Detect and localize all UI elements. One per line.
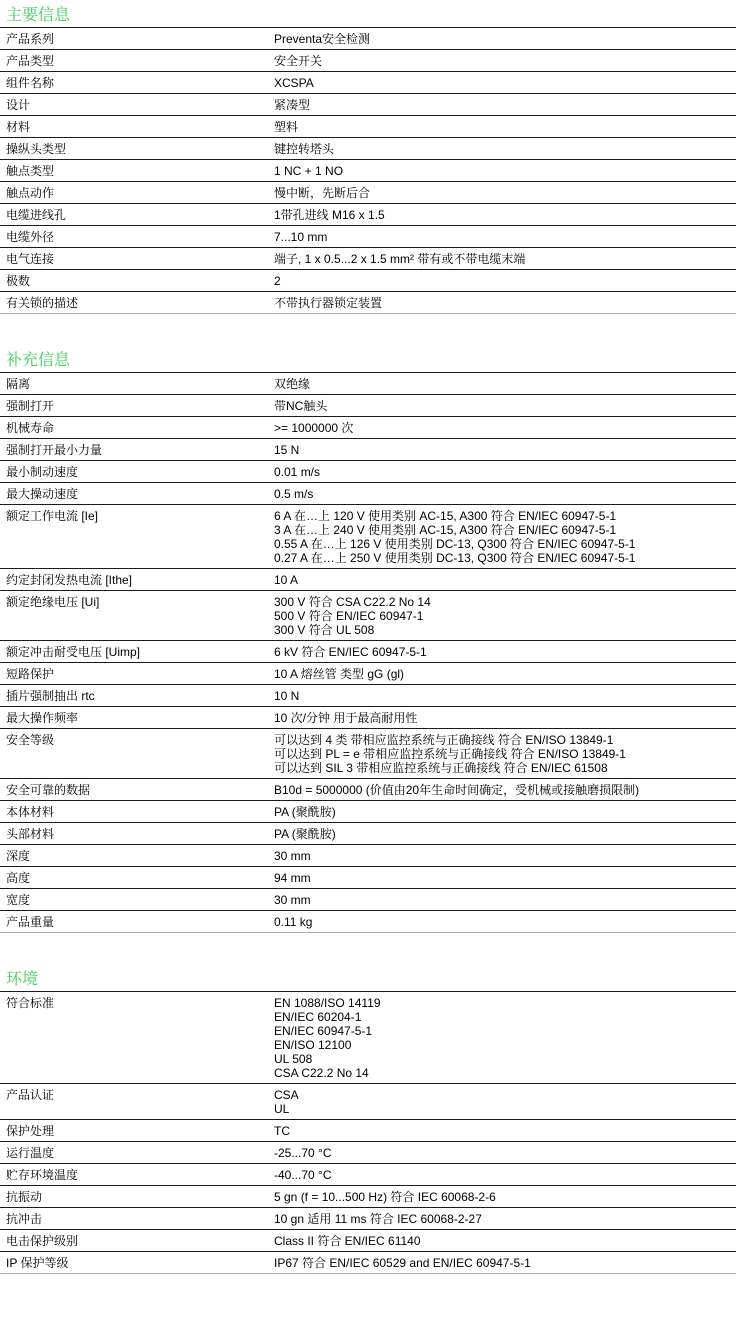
spec-value-line: 0.5 m/s <box>274 487 736 501</box>
spec-label: 短路保护 <box>0 663 268 685</box>
spec-label: 最小制动速度 <box>0 461 268 483</box>
spec-value-line: 10 A <box>274 573 736 587</box>
spec-value-line: -40...70 °C <box>274 1168 736 1182</box>
table-row: 抗冲击10 gn 适用 11 ms 符合 IEC 60068-2-27 <box>0 1208 736 1230</box>
spec-label: 电缆进线孔 <box>0 204 268 226</box>
table-row: 抗振动5 gn (f = 10...500 Hz) 符合 IEC 60068-2… <box>0 1186 736 1208</box>
table-row: 强制打开带NC触头 <box>0 395 736 417</box>
spec-label: 高度 <box>0 867 268 889</box>
spec-label: 有关锁的描述 <box>0 292 268 314</box>
spec-label: 最大操作频率 <box>0 707 268 729</box>
spec-value: 10 N <box>268 685 736 707</box>
table-row: IP 保护等级IP67 符合 EN/IEC 60529 and EN/IEC 6… <box>0 1252 736 1274</box>
section-2: 环境符合标准EN 1088/ISO 14119EN/IEC 60204-1EN/… <box>0 964 736 1274</box>
spec-value: EN 1088/ISO 14119EN/IEC 60204-1EN/IEC 60… <box>268 992 736 1084</box>
spec-value: 2 <box>268 270 736 292</box>
table-row: 高度94 mm <box>0 867 736 889</box>
spec-value-line: 6 kV 符合 EN/IEC 60947-5-1 <box>274 645 736 659</box>
spec-value-line: 300 V 符合 CSA C22.2 No 14 <box>274 595 736 609</box>
spec-value-line: 15 N <box>274 443 736 457</box>
spec-value-line: PA (聚酰胺) <box>274 827 736 841</box>
spec-value: >= 1000000 次 <box>268 417 736 439</box>
table-row: 产品重量0.11 kg <box>0 911 736 933</box>
spec-value-line: EN/ISO 12100 <box>274 1038 736 1052</box>
spec-label: 额定绝缘电压 [Ui] <box>0 591 268 641</box>
spec-label: 隔离 <box>0 373 268 395</box>
spec-value: 双绝缘 <box>268 373 736 395</box>
spec-value: 带NC触头 <box>268 395 736 417</box>
section-title: 环境 <box>0 964 736 992</box>
spec-value: 10 次/分钟 用于最高耐用性 <box>268 707 736 729</box>
spec-value-line: 0.27 A 在…上 250 V 使用类别 DC-13, Q300 符合 EN/… <box>274 551 736 565</box>
table-row: 触点类型1 NC + 1 NO <box>0 160 736 182</box>
table-row: 产品类型安全开关 <box>0 50 736 72</box>
spec-label: 贮存环境温度 <box>0 1164 268 1186</box>
spec-value: 6 kV 符合 EN/IEC 60947-5-1 <box>268 641 736 663</box>
spec-value: 30 mm <box>268 889 736 911</box>
spec-value: PA (聚酰胺) <box>268 801 736 823</box>
spec-label: 产品系列 <box>0 28 268 50</box>
table-row: 约定封闭发热电流 [Ithe]10 A <box>0 569 736 591</box>
spec-label: IP 保护等级 <box>0 1252 268 1274</box>
spec-table: 产品系列Preventa安全检测产品类型安全开关组件名称XCSPA设计紧凑型材料… <box>0 28 736 314</box>
spec-value-line: >= 1000000 次 <box>274 421 736 435</box>
table-row: 操纵头类型键控转塔头 <box>0 138 736 160</box>
spec-label: 电击保护级别 <box>0 1230 268 1252</box>
table-row: 触点动作慢中断，先断后合 <box>0 182 736 204</box>
spec-value-line: 6 A 在…上 120 V 使用类别 AC-15, A300 符合 EN/IEC… <box>274 509 736 523</box>
spec-value: 0.11 kg <box>268 911 736 933</box>
spec-value-line: 可以达到 SIL 3 带相应监控系统与正确接线 符合 EN/IEC 61508 <box>274 761 736 775</box>
table-row: 有关锁的描述不带执行器锁定装置 <box>0 292 736 314</box>
spec-value-line: 94 mm <box>274 871 736 885</box>
table-row: 额定工作电流 [Ie]6 A 在…上 120 V 使用类别 AC-15, A30… <box>0 505 736 569</box>
table-row: 本体材料PA (聚酰胺) <box>0 801 736 823</box>
spec-value: PA (聚酰胺) <box>268 823 736 845</box>
spec-value: 1带孔进线 M16 x 1.5 <box>268 204 736 226</box>
spec-value-line: 500 V 符合 EN/IEC 60947-1 <box>274 609 736 623</box>
spec-value-line: UL <box>274 1102 736 1116</box>
spec-value-line: 可以达到 PL = e 带相应监控系统与正确接线 符合 EN/ISO 13849… <box>274 747 736 761</box>
spec-value-line: 安全开关 <box>274 54 736 68</box>
table-row: 电击保护级别Class II 符合 EN/IEC 61140 <box>0 1230 736 1252</box>
spec-value-line: 0.11 kg <box>274 915 736 929</box>
table-row: 最大操动速度0.5 m/s <box>0 483 736 505</box>
spec-value: 不带执行器锁定装置 <box>268 292 736 314</box>
spec-value-line: Preventa安全检测 <box>274 32 736 46</box>
spec-label: 最大操动速度 <box>0 483 268 505</box>
spec-value: 7...10 mm <box>268 226 736 248</box>
spec-value-line: 不带执行器锁定装置 <box>274 296 736 310</box>
spec-value-line: UL 508 <box>274 1052 736 1066</box>
spec-value: 10 A <box>268 569 736 591</box>
spec-value-line: EN 1088/ISO 14119 <box>274 996 736 1010</box>
table-row: 运行温度-25...70 °C <box>0 1142 736 1164</box>
spec-value-line: 键控转塔头 <box>274 142 736 156</box>
spec-value: -40...70 °C <box>268 1164 736 1186</box>
spec-label: 电气连接 <box>0 248 268 270</box>
spec-label: 产品类型 <box>0 50 268 72</box>
table-row: 保护处理TC <box>0 1120 736 1142</box>
spec-value: 紧凑型 <box>268 94 736 116</box>
spec-label: 深度 <box>0 845 268 867</box>
spec-value-line: 3 A 在…上 240 V 使用类别 AC-15, A300 符合 EN/IEC… <box>274 523 736 537</box>
spec-value-line: TC <box>274 1124 736 1138</box>
table-row: 最大操作频率10 次/分钟 用于最高耐用性 <box>0 707 736 729</box>
spec-value: 键控转塔头 <box>268 138 736 160</box>
spec-value: 安全开关 <box>268 50 736 72</box>
spec-value-line: 5 gn (f = 10...500 Hz) 符合 IEC 60068-2-6 <box>274 1190 736 1204</box>
spec-value: XCSPA <box>268 72 736 94</box>
spec-value-line: 2 <box>274 274 736 288</box>
spec-value: 30 mm <box>268 845 736 867</box>
spec-value: CSAUL <box>268 1084 736 1120</box>
spec-label: 产品认证 <box>0 1084 268 1120</box>
spec-value: 1 NC + 1 NO <box>268 160 736 182</box>
spec-value: TC <box>268 1120 736 1142</box>
table-row: 电缆进线孔1带孔进线 M16 x 1.5 <box>0 204 736 226</box>
spec-value-line: 7...10 mm <box>274 230 736 244</box>
spec-value: Preventa安全检测 <box>268 28 736 50</box>
spec-value: 10 gn 适用 11 ms 符合 IEC 60068-2-27 <box>268 1208 736 1230</box>
spec-value: IP67 符合 EN/IEC 60529 and EN/IEC 60947-5-… <box>268 1252 736 1274</box>
spec-value: 15 N <box>268 439 736 461</box>
spec-label: 安全可靠的数据 <box>0 779 268 801</box>
spec-label: 额定工作电流 [Ie] <box>0 505 268 569</box>
spec-value-line: 带NC触头 <box>274 399 736 413</box>
spec-value-line: 1带孔进线 M16 x 1.5 <box>274 208 736 222</box>
spec-value-line: 10 gn 适用 11 ms 符合 IEC 60068-2-27 <box>274 1212 736 1226</box>
spec-label: 操纵头类型 <box>0 138 268 160</box>
spec-value: -25...70 °C <box>268 1142 736 1164</box>
spec-value: 6 A 在…上 120 V 使用类别 AC-15, A300 符合 EN/IEC… <box>268 505 736 569</box>
spec-value-line: B10d = 5000000 (价值由20年生命时间确定，受机械或接触磨损限制) <box>274 783 736 797</box>
spec-value: 0.01 m/s <box>268 461 736 483</box>
table-row: 机械寿命>= 1000000 次 <box>0 417 736 439</box>
spec-value-line: 慢中断，先断后合 <box>274 186 736 200</box>
spec-value: 94 mm <box>268 867 736 889</box>
spec-value-line: Class II 符合 EN/IEC 61140 <box>274 1234 736 1248</box>
spec-value-line: 可以达到 4 类 带相应监控系统与正确接线 符合 EN/ISO 13849-1 <box>274 733 736 747</box>
spec-label: 强制打开最小力量 <box>0 439 268 461</box>
table-row: 宽度30 mm <box>0 889 736 911</box>
table-row: 深度30 mm <box>0 845 736 867</box>
table-row: 产品认证CSAUL <box>0 1084 736 1120</box>
spec-value: 0.5 m/s <box>268 483 736 505</box>
spec-value-line: 1 NC + 1 NO <box>274 164 736 178</box>
spec-value-line: CSA C22.2 No 14 <box>274 1066 736 1080</box>
spec-value-line: 30 mm <box>274 849 736 863</box>
spec-value: 塑料 <box>268 116 736 138</box>
table-row: 设计紧凑型 <box>0 94 736 116</box>
spec-label: 强制打开 <box>0 395 268 417</box>
spec-value-line: 0.55 A 在…上 126 V 使用类别 DC-13, Q300 符合 EN/… <box>274 537 736 551</box>
table-row: 符合标准EN 1088/ISO 14119EN/IEC 60204-1EN/IE… <box>0 992 736 1084</box>
spec-value-line: 0.01 m/s <box>274 465 736 479</box>
spec-table: 隔离双绝缘强制打开带NC触头机械寿命>= 1000000 次强制打开最小力量15… <box>0 373 736 933</box>
section-0: 主要信息产品系列Preventa安全检测产品类型安全开关组件名称XCSPA设计紧… <box>0 0 736 314</box>
spec-label: 符合标准 <box>0 992 268 1084</box>
table-row: 安全可靠的数据B10d = 5000000 (价值由20年生命时间确定，受机械或… <box>0 779 736 801</box>
spec-value-line: 塑料 <box>274 120 736 134</box>
table-row: 电气连接端子, 1 x 0.5...2 x 1.5 mm² 带有或不带电缆末端 <box>0 248 736 270</box>
table-row: 插片强制抽出 rtc10 N <box>0 685 736 707</box>
spec-label: 极数 <box>0 270 268 292</box>
spec-label: 运行温度 <box>0 1142 268 1164</box>
table-row: 额定绝缘电压 [Ui]300 V 符合 CSA C22.2 No 14500 V… <box>0 591 736 641</box>
spec-value: 5 gn (f = 10...500 Hz) 符合 IEC 60068-2-6 <box>268 1186 736 1208</box>
spec-value-line: 双绝缘 <box>274 377 736 391</box>
spec-value: B10d = 5000000 (价值由20年生命时间确定，受机械或接触磨损限制) <box>268 779 736 801</box>
table-row: 强制打开最小力量15 N <box>0 439 736 461</box>
table-row: 贮存环境温度-40...70 °C <box>0 1164 736 1186</box>
spec-value-line: 端子, 1 x 0.5...2 x 1.5 mm² 带有或不带电缆末端 <box>274 252 736 266</box>
section-title: 补充信息 <box>0 345 736 373</box>
table-row: 组件名称XCSPA <box>0 72 736 94</box>
spec-value-line: EN/IEC 60204-1 <box>274 1010 736 1024</box>
spec-value-line: 紧凑型 <box>274 98 736 112</box>
table-row: 极数2 <box>0 270 736 292</box>
table-row: 隔离双绝缘 <box>0 373 736 395</box>
spec-value: 慢中断，先断后合 <box>268 182 736 204</box>
spec-value-line: 300 V 符合 UL 508 <box>274 623 736 637</box>
spec-sheet: 主要信息产品系列Preventa安全检测产品类型安全开关组件名称XCSPA设计紧… <box>0 0 736 1274</box>
spec-value-line: XCSPA <box>274 76 736 90</box>
spec-label: 触点动作 <box>0 182 268 204</box>
spec-value: 10 A 熔丝管 类型 gG (gl) <box>268 663 736 685</box>
table-row: 额定冲击耐受电压 [Uimp]6 kV 符合 EN/IEC 60947-5-1 <box>0 641 736 663</box>
spec-label: 本体材料 <box>0 801 268 823</box>
table-row: 最小制动速度0.01 m/s <box>0 461 736 483</box>
spec-value: 可以达到 4 类 带相应监控系统与正确接线 符合 EN/ISO 13849-1可… <box>268 729 736 779</box>
table-row: 短路保护10 A 熔丝管 类型 gG (gl) <box>0 663 736 685</box>
spec-value: Class II 符合 EN/IEC 61140 <box>268 1230 736 1252</box>
spec-label: 额定冲击耐受电压 [Uimp] <box>0 641 268 663</box>
spec-value-line: -25...70 °C <box>274 1146 736 1160</box>
spec-table: 符合标准EN 1088/ISO 14119EN/IEC 60204-1EN/IE… <box>0 992 736 1274</box>
spec-label: 头部材料 <box>0 823 268 845</box>
spec-value-line: 10 N <box>274 689 736 703</box>
spec-value-line: 10 次/分钟 用于最高耐用性 <box>274 711 736 725</box>
spec-label: 约定封闭发热电流 [Ithe] <box>0 569 268 591</box>
spec-value: 300 V 符合 CSA C22.2 No 14500 V 符合 EN/IEC … <box>268 591 736 641</box>
section-1: 补充信息隔离双绝缘强制打开带NC触头机械寿命>= 1000000 次强制打开最小… <box>0 345 736 933</box>
table-row: 材料塑料 <box>0 116 736 138</box>
table-row: 产品系列Preventa安全检测 <box>0 28 736 50</box>
spec-label: 抗振动 <box>0 1186 268 1208</box>
spec-value-line: CSA <box>274 1088 736 1102</box>
spec-label: 插片强制抽出 rtc <box>0 685 268 707</box>
table-row: 头部材料PA (聚酰胺) <box>0 823 736 845</box>
spec-label: 产品重量 <box>0 911 268 933</box>
spec-label: 触点类型 <box>0 160 268 182</box>
spec-label: 保护处理 <box>0 1120 268 1142</box>
spec-label: 材料 <box>0 116 268 138</box>
spec-label: 抗冲击 <box>0 1208 268 1230</box>
spec-label: 组件名称 <box>0 72 268 94</box>
spec-label: 安全等级 <box>0 729 268 779</box>
table-row: 电缆外径7...10 mm <box>0 226 736 248</box>
spec-value-line: PA (聚酰胺) <box>274 805 736 819</box>
spec-label: 电缆外径 <box>0 226 268 248</box>
spec-label: 机械寿命 <box>0 417 268 439</box>
table-row: 安全等级可以达到 4 类 带相应监控系统与正确接线 符合 EN/ISO 1384… <box>0 729 736 779</box>
spec-label: 设计 <box>0 94 268 116</box>
spec-value-line: IP67 符合 EN/IEC 60529 and EN/IEC 60947-5-… <box>274 1256 736 1270</box>
spec-value-line: 30 mm <box>274 893 736 907</box>
spec-label: 宽度 <box>0 889 268 911</box>
section-title: 主要信息 <box>0 0 736 28</box>
spec-value-line: 10 A 熔丝管 类型 gG (gl) <box>274 667 736 681</box>
spec-value-line: EN/IEC 60947-5-1 <box>274 1024 736 1038</box>
spec-value: 端子, 1 x 0.5...2 x 1.5 mm² 带有或不带电缆末端 <box>268 248 736 270</box>
